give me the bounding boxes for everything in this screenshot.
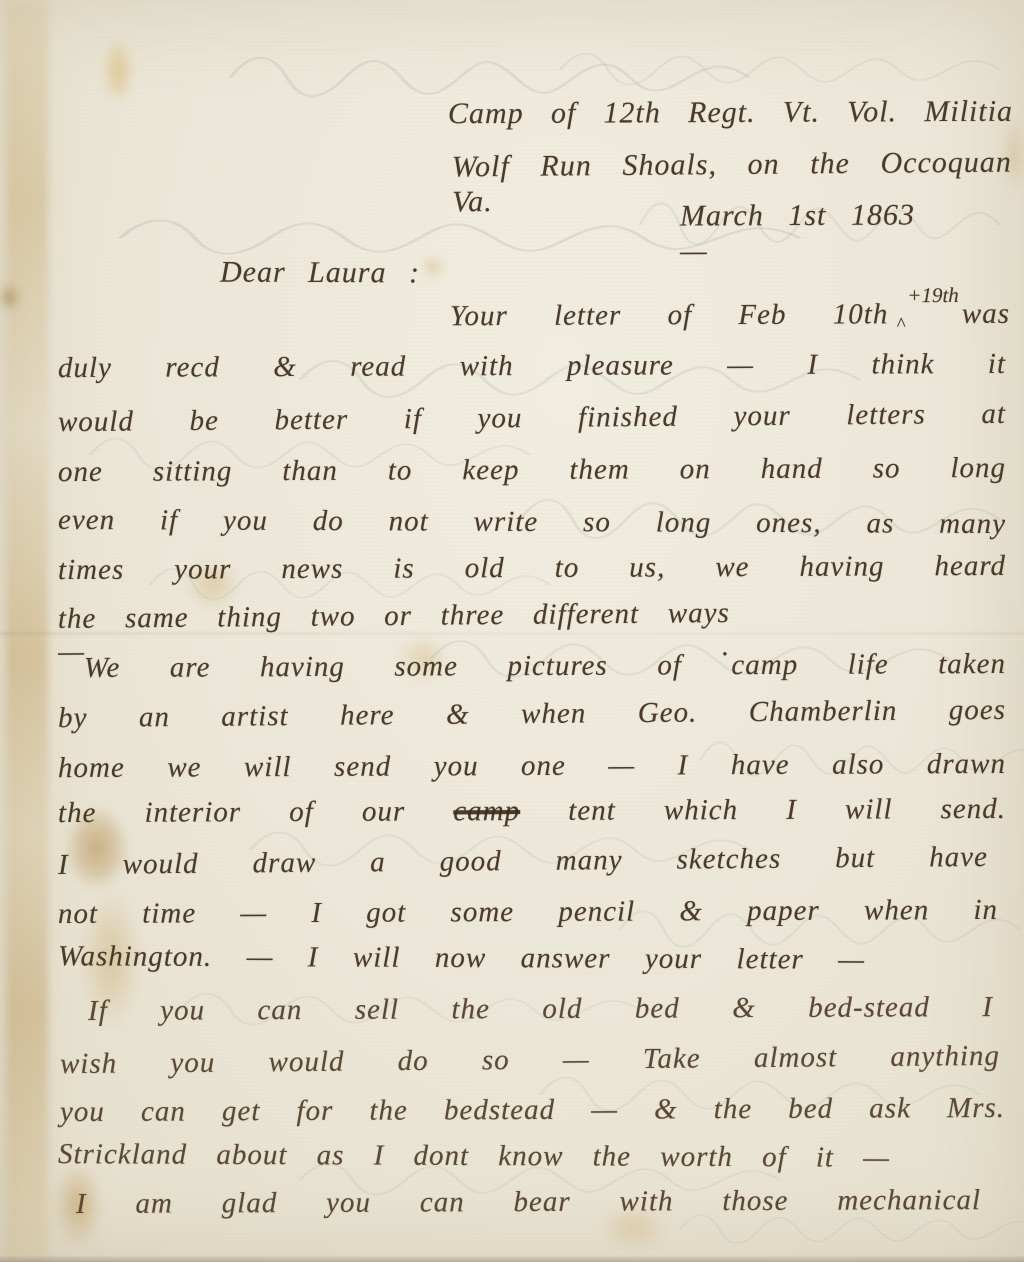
letter-line: Washington. — I will now answer your let…: [58, 940, 865, 977]
opening-line: Your letter of Feb 10th^+19thwas: [450, 298, 1010, 334]
letter-line: I would draw a good many sketches but ha…: [58, 841, 988, 882]
letter-line: one sitting than to keep them on hand so…: [58, 452, 1006, 489]
letter-line: even if you do not write so long ones, a…: [58, 504, 1006, 541]
struck-word: camp: [453, 795, 520, 827]
opening-text-post: was: [962, 298, 1010, 330]
letter-line: times your news is old to us, we having …: [58, 550, 1006, 587]
letter-scan-page: Camp of 12th Regt. Vt. Vol. Militia Wolf…: [0, 0, 1024, 1262]
stain-spot: [105, 42, 131, 100]
date-line: March 1st 1863 —: [680, 198, 915, 268]
interior-text-pre: the interior of our: [58, 795, 453, 829]
letter-line: duly recd & read with pleasure — I think…: [58, 348, 1006, 385]
opening-text-pre: Your letter of Feb 10th: [450, 298, 888, 332]
salutation: Dear Laura :: [220, 256, 420, 291]
letter-line: you can get for the bedstead — & the bed…: [60, 1092, 1005, 1129]
left-fold-stain-band: [6, 0, 48, 1262]
letter-line-with-strikethrough: the interior of our camp tent which I wi…: [58, 793, 1006, 830]
letter-line: We are having some pictures of camp life…: [84, 648, 1006, 685]
letter-line: home we will send you one — I have also …: [58, 748, 1006, 785]
letter-line: If you can sell the old bed & bed-stead …: [88, 991, 993, 1028]
interior-text-post: tent which I will send.: [520, 793, 1006, 827]
letter-line: wish you would do so — Take almost anyth…: [60, 1040, 1000, 1082]
letter-line: Strickland about as I dont know the wort…: [58, 1138, 890, 1175]
letter-line: I am glad you can bear with those mechan…: [76, 1184, 981, 1221]
letter-line: would be better if you finished your let…: [58, 398, 1006, 440]
heading-line-1: Camp of 12th Regt. Vt. Vol. Militia: [448, 95, 1013, 132]
stain-spot: [424, 258, 442, 276]
letter-line: not time — I got some pencil & paper whe…: [58, 894, 998, 931]
letter-line: by an artist here & when Geo. Chamberlin…: [58, 694, 1006, 736]
interlinear-insertion: +19th: [907, 283, 959, 307]
caret-mark: ^: [896, 314, 904, 336]
stain-spot: [0, 286, 18, 308]
